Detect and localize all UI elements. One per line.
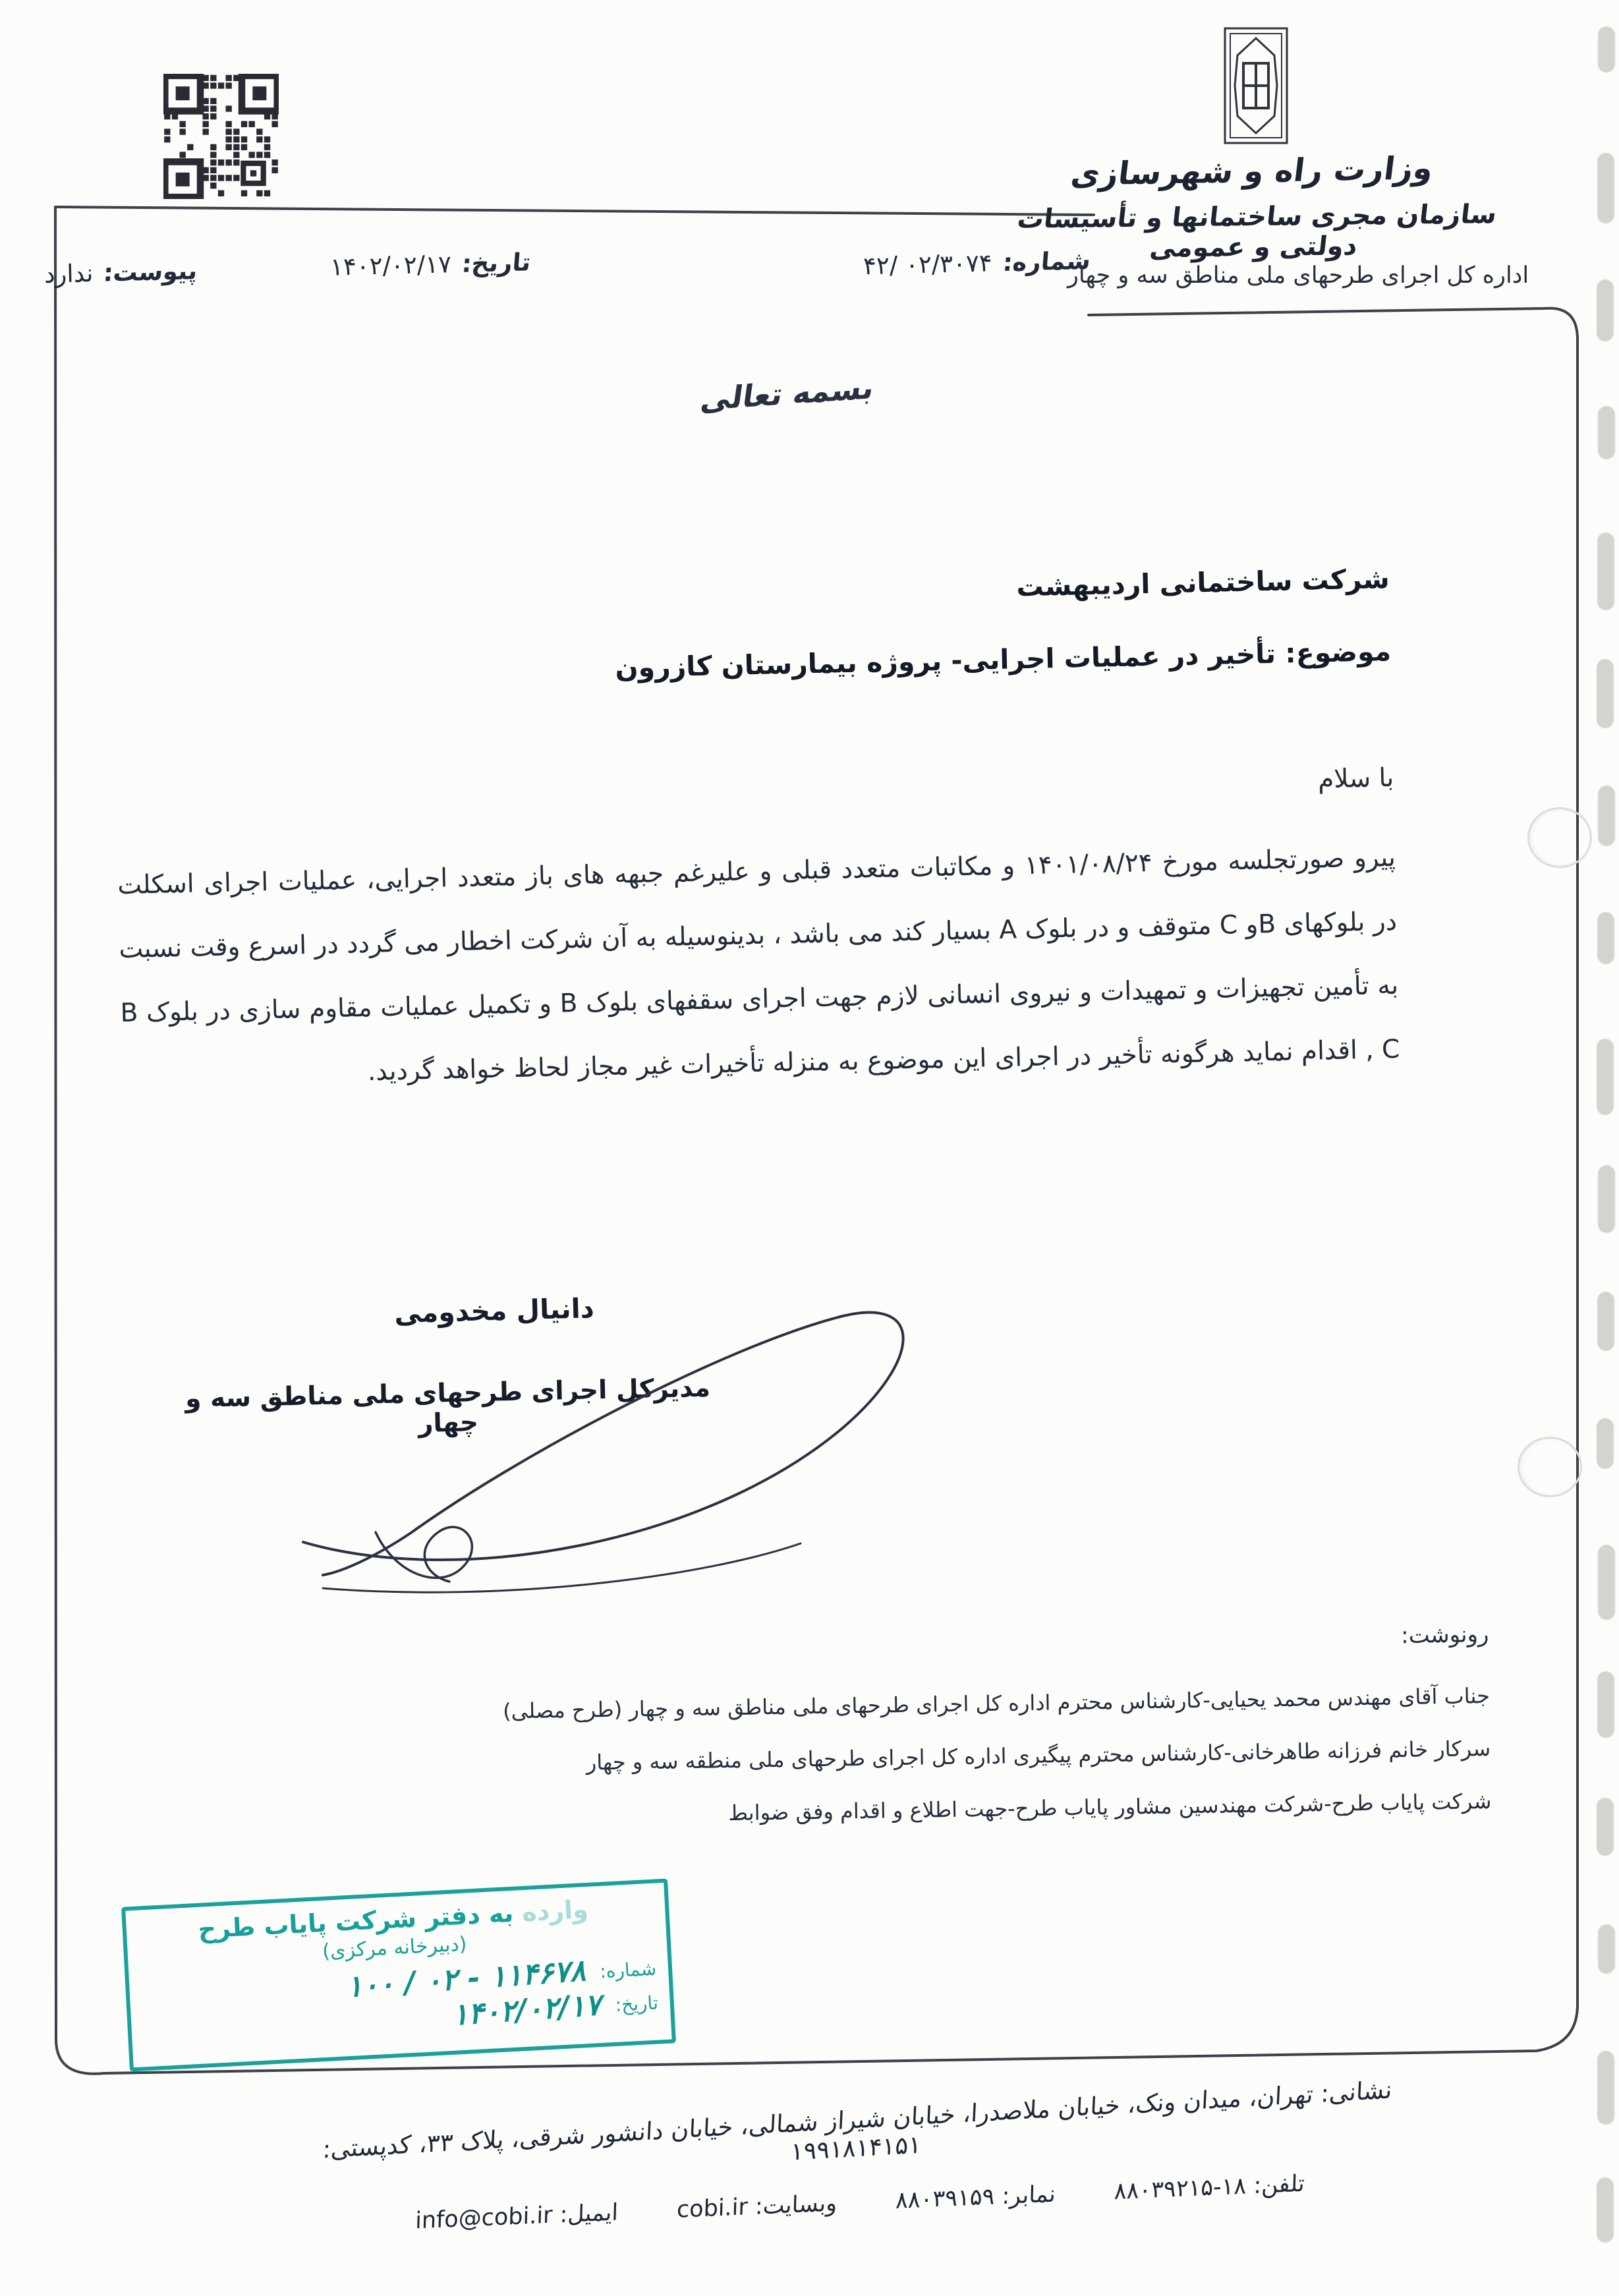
stamp-date-label: تاریخ: <box>614 1986 659 2022</box>
binder-mark <box>1597 2051 1614 2125</box>
binder-mark <box>1597 1671 1614 1738</box>
scanned-letter-page: وزارت راه و شهرسازی سازمان مجری ساختمانه… <box>0 0 1619 2296</box>
qr-code <box>163 74 279 199</box>
binder-mark <box>1597 279 1614 341</box>
binder-mark <box>1597 912 1614 964</box>
binder-mark <box>1597 1292 1614 1351</box>
binder-mark <box>1598 1924 1615 1974</box>
binder-mark <box>1597 1798 1614 1856</box>
binder-mark <box>1597 153 1614 223</box>
received-stamp: وارده به دفتر شرکت پایاب طرح (دبیرخانه م… <box>121 1878 676 2071</box>
letter-attachment-label: پیوست: <box>103 256 199 287</box>
letter-date: تاریخ: ۱۴۰۲/۰۲/۱۷ <box>329 248 530 281</box>
header-ministry-name: وزارت راه و شهرسازی <box>1065 150 1439 193</box>
letter-attachment: پیوست: ندارد <box>44 256 198 289</box>
binder-mark <box>1597 532 1614 610</box>
binder-mark <box>1598 786 1615 846</box>
letter-number: شماره: ۰۲/۳۰۷۴ /۴۲ <box>863 246 1091 280</box>
header-department-name: اداره کل اجرای طرحهای ملی مناطق سه و چها… <box>1048 262 1548 289</box>
binder-mark <box>1597 1418 1614 1469</box>
binder-mark <box>1598 1165 1615 1233</box>
cc-section: رونوشت: جناب آقای مهندس محمد یحیایی-کارش… <box>487 1618 1492 1843</box>
binder-mark <box>1597 2177 1614 2243</box>
letter-body: شرکت ساختمانی اردیبهشت موضوع: تأخیر در ع… <box>111 559 1400 1109</box>
punch-hole <box>1518 1437 1582 1497</box>
binder-mark <box>1598 26 1615 72</box>
letter-attachment-value: ندارد <box>44 259 94 289</box>
punch-hole <box>1527 807 1592 868</box>
binder-mark <box>1598 1545 1615 1620</box>
ministry-emblem-icon <box>1223 26 1289 145</box>
salutation-line: با سلام <box>115 760 1394 824</box>
letter-date-value: ۱۴۰۲/۰۲/۱۷ <box>329 250 451 281</box>
binder-mark <box>1597 659 1614 728</box>
letter-number-value: ۰۲/۳۰۷۴ /۴۲ <box>863 248 993 280</box>
binder-mark <box>1597 1039 1614 1115</box>
subject-line: موضوع: تأخیر در عملیات اجرایی- پروژه بیم… <box>113 631 1392 699</box>
stamp-title-faint-word: وارده <box>521 1895 589 1927</box>
handwritten-signature <box>244 1232 942 1601</box>
stamp-number-label: شماره: <box>599 1952 657 1989</box>
letter-number-label: شماره: <box>1002 246 1091 277</box>
letter-date-label: تاریخ: <box>461 248 532 278</box>
binder-mark <box>1598 406 1615 459</box>
